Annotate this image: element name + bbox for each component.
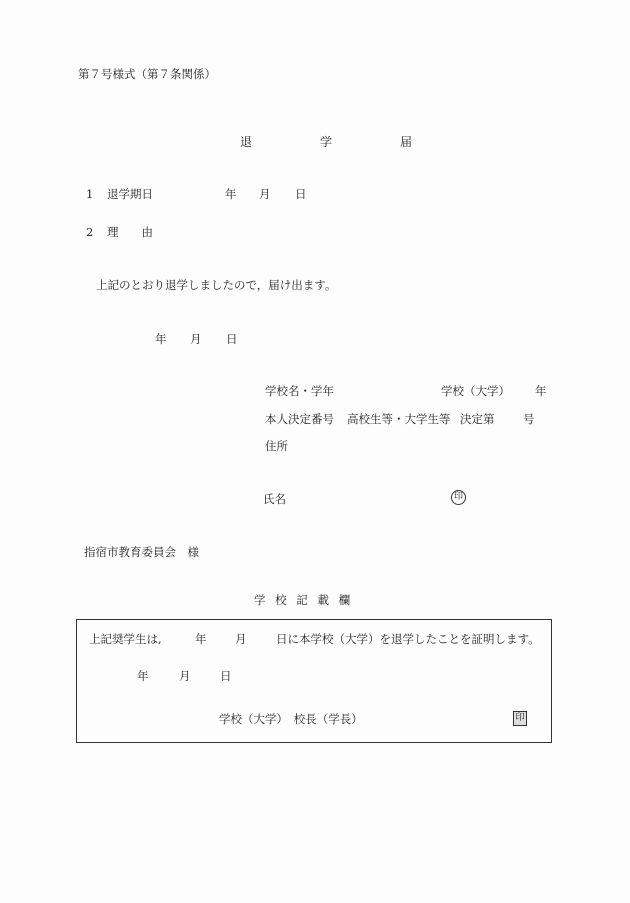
statement: 上記のとおり退学しましたので，届け出ます。 [96,277,336,293]
cert-date-month: 月 [179,668,191,684]
school-section-heading: 学 校 記 載 欄 [254,592,353,608]
title-char: 学 [320,133,400,150]
title-char: 退 [240,133,320,150]
decision-suffix: 号 [523,411,535,427]
school-value: 学校（大学） [441,383,510,399]
grade-suffix: 年 [535,383,547,399]
seal-icon: 印 [451,490,466,505]
cert-month: 月 [235,631,247,647]
name-label: 氏名 [263,491,286,507]
item-reason: 2 理 由 [86,224,153,240]
cert-date-year: 年 [137,668,149,684]
decision-type: 高校生等・大学生等 [347,411,451,427]
withdrawal-month: 月 [259,186,271,202]
submit-year: 年 [155,331,167,347]
item-withdrawal-date: 1 退学期日 [86,186,153,202]
document-title: 退学届 [240,133,480,150]
submit-month: 月 [190,331,202,347]
withdrawal-date-label: 退学期日 [107,187,153,201]
seal-icon: 印 [513,711,527,726]
submit-day: 日 [226,331,238,347]
withdrawal-day: 日 [295,186,307,202]
decision-number-label: 本人決定番号 [265,411,334,427]
cert-prefix: 上記奨学生は, [89,631,162,647]
form-label: 第７号様式（第７条関係） [78,66,216,82]
cert-suffix: 日に本学校（大学）を退学したことを証明します。 [276,631,540,647]
title-char: 届 [400,133,480,150]
cert-date-day: 日 [220,668,232,684]
cert-year: 年 [195,631,207,647]
school-certification-box: 上記奨学生は, 年 月 日に本学校（大学）を退学したことを証明します。 年 月 … [76,619,552,743]
decision-prefix: 決定第 [460,411,495,427]
withdrawal-year: 年 [225,186,237,202]
reason-label: 理 由 [107,225,153,239]
school-grade-label: 学校名・学年 [265,383,334,399]
addressee: 指宿市教育委員会 様 [84,544,199,560]
address-label: 住所 [265,438,288,454]
signer-title: 学校（大学） 校長（学長） [219,711,363,727]
